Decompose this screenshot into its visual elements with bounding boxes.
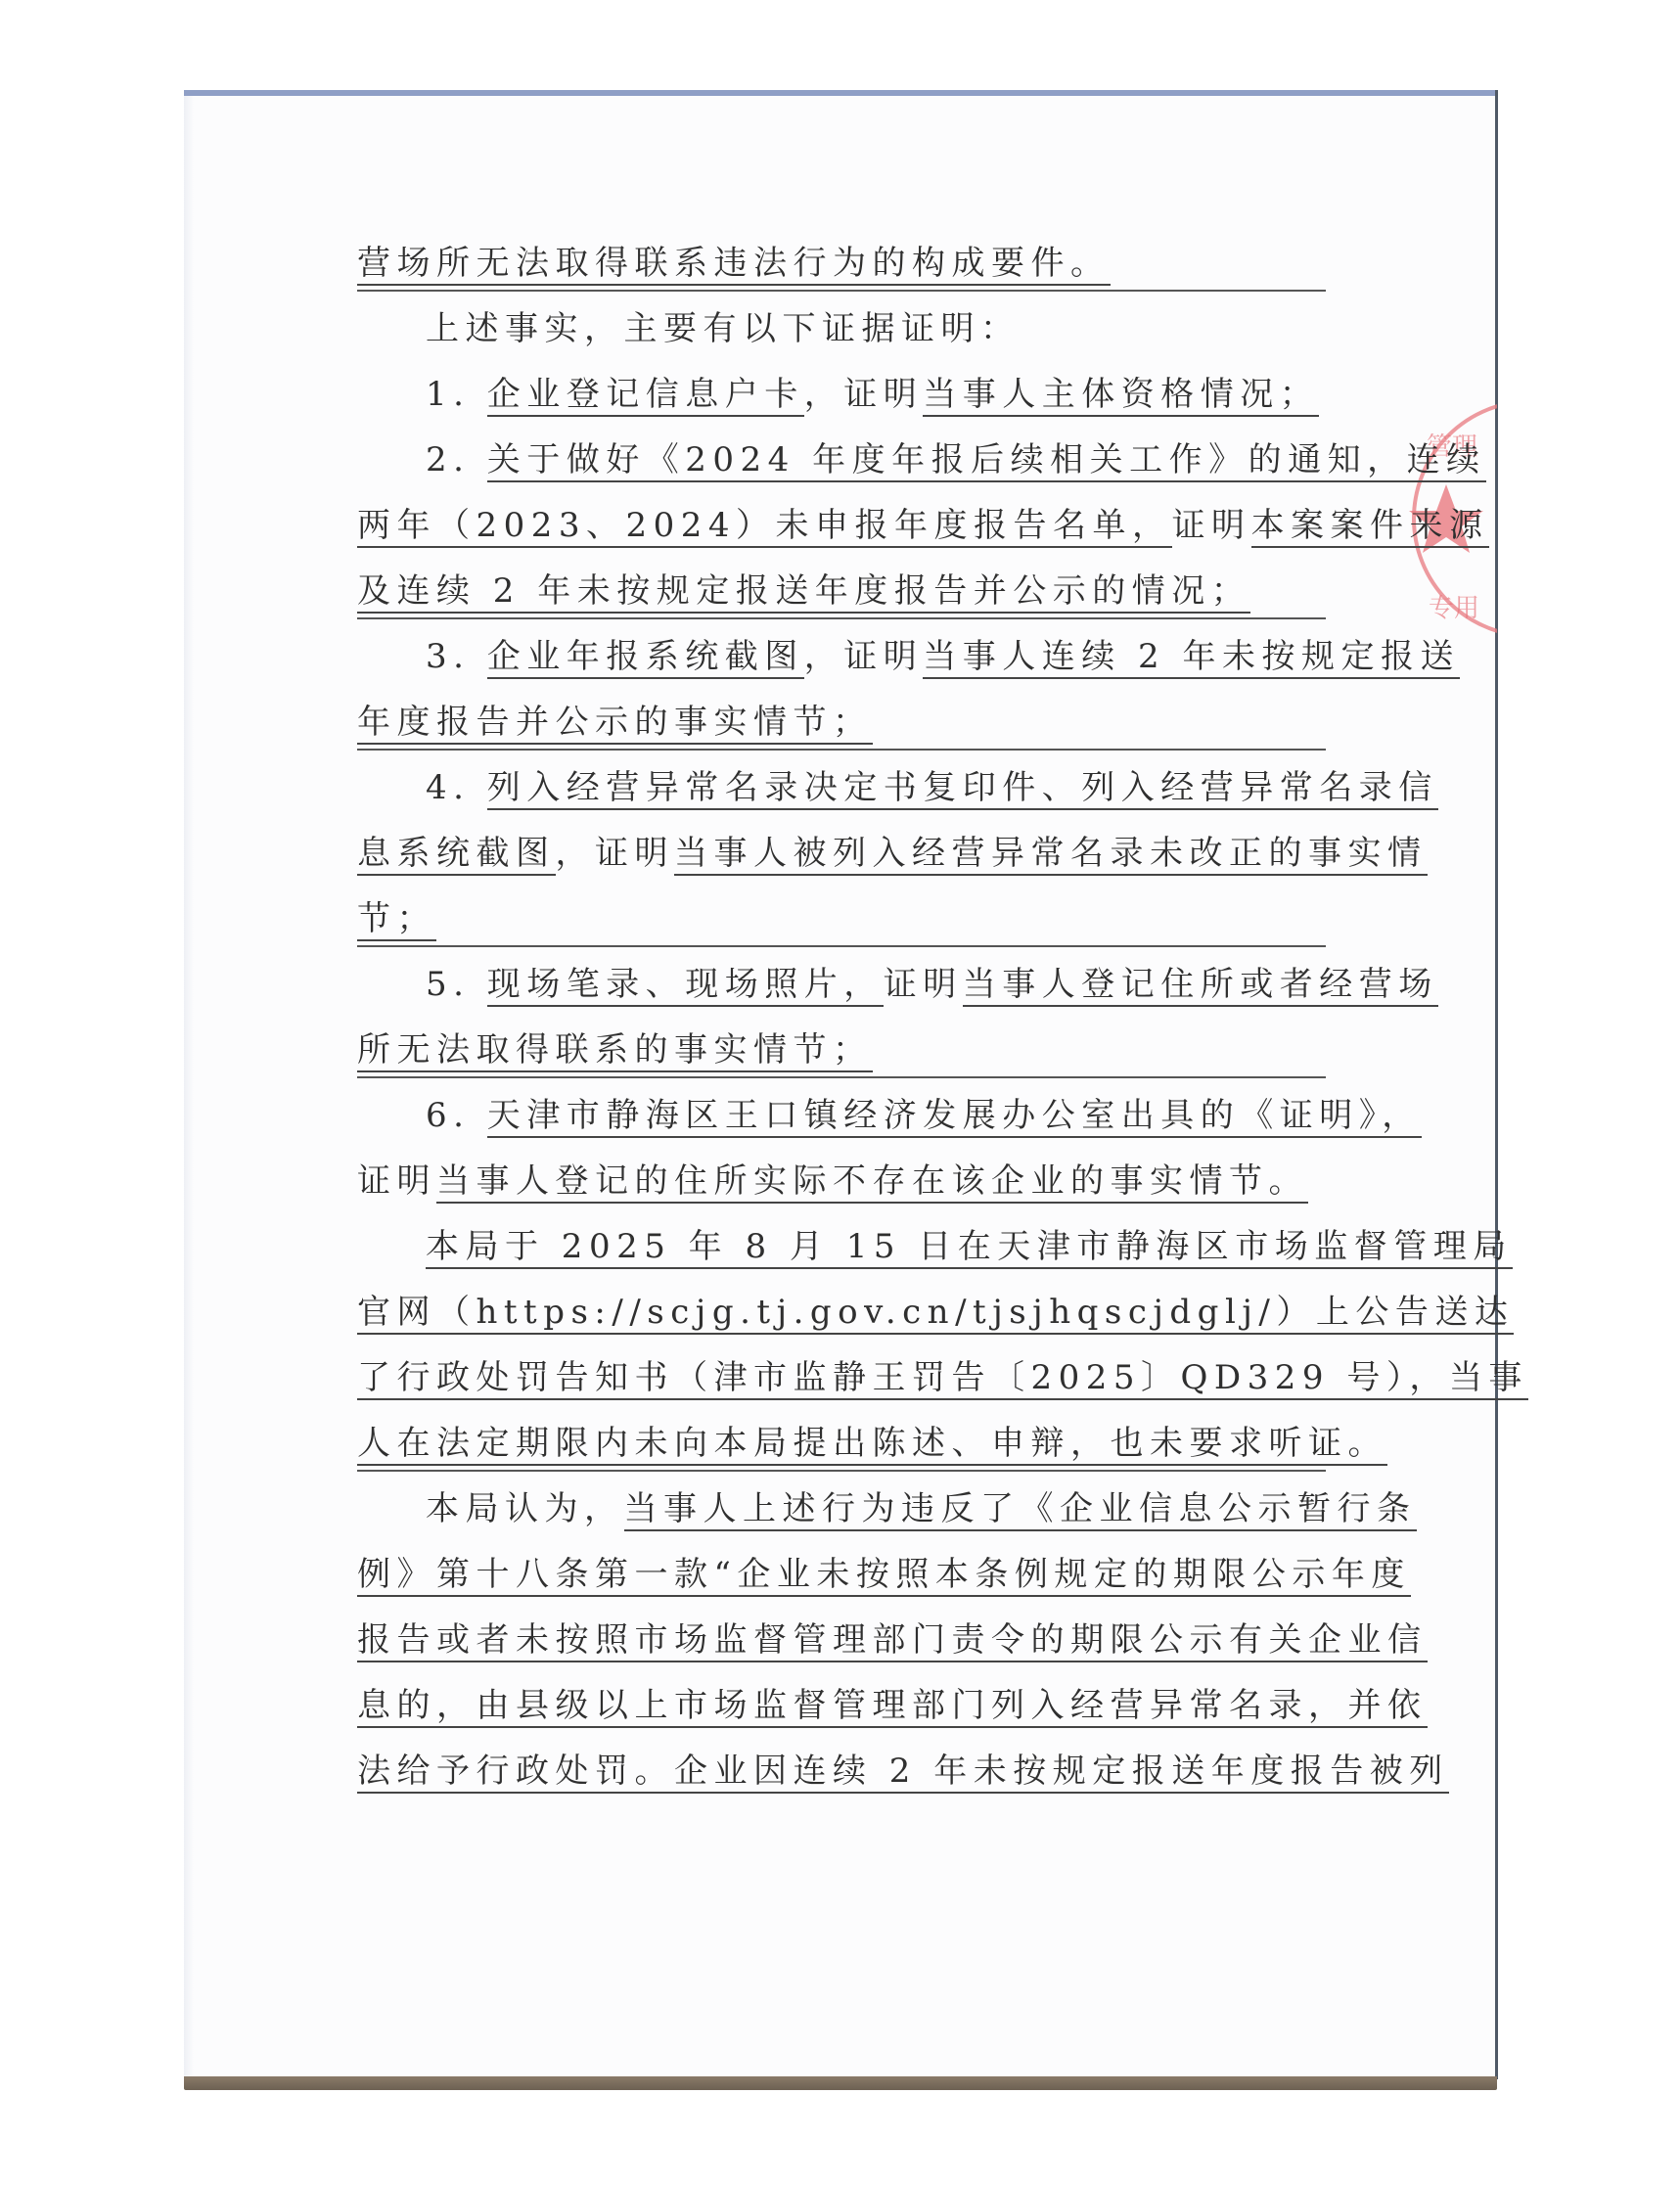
underlined-text: 当事人被列入经营异常名录未改正的事实情 bbox=[674, 834, 1428, 876]
text-line: 节； bbox=[357, 893, 1326, 959]
text-segment: 1. bbox=[426, 375, 487, 414]
text-segment: 本局认为， bbox=[426, 1489, 624, 1528]
text-line: 营场所无法取得联系违法行为的构成要件。 bbox=[357, 238, 1326, 303]
text-segment: 5. bbox=[426, 965, 487, 1004]
text-line: 人在法定期限内未向本局提出陈述、申辩，也未要求听证。 bbox=[357, 1418, 1326, 1483]
underlined-text: 节； bbox=[357, 899, 436, 941]
text-line: 4. 列入经营异常名录决定书复印件、列入经营异常名录信 bbox=[357, 762, 1326, 828]
underlined-text: 例》第十八条第一款“企业未按照本条例规定的期限公示年度 bbox=[357, 1555, 1411, 1597]
underlined-text: 企业年报系统截图 bbox=[487, 637, 804, 679]
underlined-text: 息的，由县级以上市场监督管理部门列入经营异常名录，并依 bbox=[357, 1686, 1428, 1728]
text-segment: 证明 bbox=[357, 1161, 436, 1201]
underlined-text: 本案案件来源 bbox=[1251, 506, 1489, 548]
text-line: 报告或者未按照市场监督管理部门责令的期限公示有关企业信 bbox=[357, 1615, 1326, 1680]
underlined-text: 官网（https://scjg.tj.gov.cn/tjsjhqscjdglj/… bbox=[357, 1293, 1514, 1335]
text-segment: 6. bbox=[426, 1096, 487, 1135]
underlined-text: 当事人上述行为违反了《企业信息公示暂行条 bbox=[624, 1489, 1417, 1531]
text-line: 5. 现场笔录、现场照片，证明当事人登记住所或者经营场 bbox=[357, 959, 1326, 1024]
underlined-text: 当事人主体资格情况； bbox=[923, 375, 1319, 417]
text-line: 本局认为，当事人上述行为违反了《企业信息公示暂行条 bbox=[357, 1483, 1326, 1549]
text-line: 1. 企业登记信息户卡，证明当事人主体资格情况； bbox=[357, 369, 1326, 434]
text-line: 年度报告并公示的事实情节； bbox=[357, 697, 1326, 762]
text-segment: ，证明 bbox=[804, 375, 924, 414]
underlined-text: 两年（2023、2024）未申报年度报告名单， bbox=[357, 506, 1172, 548]
text-segment: ，证明 bbox=[804, 637, 924, 676]
text-segment: ，证明 bbox=[556, 834, 675, 873]
underlined-text: 现场笔录、现场照片， bbox=[487, 965, 884, 1007]
underlined-text: 所无法取得联系的事实情节； bbox=[357, 1030, 873, 1072]
underlined-text: 当事人连续 2 年未按规定报送 bbox=[923, 637, 1460, 679]
text-segment: 2. bbox=[426, 440, 487, 479]
underlined-text: 本局于 2025 年 8 月 15 日在天津市静海区市场监督管理局 bbox=[426, 1227, 1513, 1269]
page-bottom-shadow bbox=[184, 2076, 1497, 2090]
underlined-text: 法给予行政处罚。企业因连续 2 年未按规定报送年度报告被列 bbox=[357, 1752, 1449, 1794]
text-segment: 上述事实，主要有以下证据证明： bbox=[426, 309, 1021, 348]
text-segment: 证明 bbox=[884, 965, 963, 1004]
text-line: 法给予行政处罚。企业因连续 2 年未按规定报送年度报告被列 bbox=[357, 1746, 1326, 1811]
text-segment: 3. bbox=[426, 637, 487, 676]
text-line: 所无法取得联系的事实情节； bbox=[357, 1024, 1326, 1090]
underlined-text: 人在法定期限内未向本局提出陈述、申辩，也未要求听证。 bbox=[357, 1424, 1387, 1466]
text-line: 及连续 2 年未按规定报送年度报告并公示的情况； bbox=[357, 566, 1326, 631]
text-line: 息的，由县级以上市场监督管理部门列入经营异常名录，并依 bbox=[357, 1680, 1326, 1746]
underlined-text: 当事人登记住所或者经营场 bbox=[963, 965, 1438, 1007]
underlined-text: 天津市静海区王口镇经济发展办公室出具的《证明》， bbox=[487, 1096, 1422, 1138]
underlined-text: 当事人登记的住所实际不存在该企业的事实情节。 bbox=[436, 1161, 1308, 1204]
underlined-text: 列入经营异常名录决定书复印件、列入经营异常名录信 bbox=[487, 768, 1438, 810]
underlined-text: 及连续 2 年未按规定报送年度报告并公示的情况； bbox=[357, 571, 1250, 614]
text-line: 息系统截图，证明当事人被列入经营异常名录未改正的事实情 bbox=[357, 828, 1326, 893]
text-line: 2. 关于做好《2024 年度年报后续相关工作》的通知，连续 bbox=[357, 434, 1326, 500]
text-line: 官网（https://scjg.tj.gov.cn/tjsjhqscjdglj/… bbox=[357, 1287, 1326, 1352]
underlined-text: 关于做好《2024 年度年报后续相关工作》的通知，连续 bbox=[487, 440, 1486, 482]
svg-text:专用: 专用 bbox=[1429, 594, 1479, 623]
text-line: 3. 企业年报系统截图，证明当事人连续 2 年未按规定报送 bbox=[357, 631, 1326, 697]
underlined-text: 了行政处罚告知书（津市监静王罚告〔2025〕QD329 号），当事 bbox=[357, 1358, 1528, 1400]
underlined-text: 企业登记信息户卡 bbox=[487, 375, 804, 417]
text-line: 了行政处罚告知书（津市监静王罚告〔2025〕QD329 号），当事 bbox=[357, 1352, 1326, 1418]
text-line: 两年（2023、2024）未申报年度报告名单，证明本案案件来源 bbox=[357, 500, 1326, 566]
text-line: 6. 天津市静海区王口镇经济发展办公室出具的《证明》， bbox=[357, 1090, 1326, 1156]
text-line: 上述事实，主要有以下证据证明： bbox=[357, 303, 1326, 369]
text-line: 本局于 2025 年 8 月 15 日在天津市静海区市场监督管理局 bbox=[357, 1221, 1326, 1287]
underlined-text: 息系统截图 bbox=[357, 834, 556, 876]
text-segment: 证明 bbox=[1172, 506, 1251, 545]
underlined-text: 营场所无法取得联系违法行为的构成要件。 bbox=[357, 244, 1111, 286]
underlined-text: 报告或者未按照市场监督管理部门责令的期限公示有关企业信 bbox=[357, 1620, 1428, 1662]
underlined-text: 年度报告并公示的事实情节； bbox=[357, 703, 873, 745]
text-segment: 4. bbox=[426, 768, 487, 807]
page-left-shading bbox=[184, 96, 194, 2077]
text-line: 证明当事人登记的住所实际不存在该企业的事实情节。 bbox=[357, 1156, 1326, 1221]
document-body: 营场所无法取得联系违法行为的构成要件。上述事实，主要有以下证据证明：1. 企业登… bbox=[357, 238, 1326, 1811]
text-line: 例》第十八条第一款“企业未按照本条例规定的期限公示年度 bbox=[357, 1549, 1326, 1615]
